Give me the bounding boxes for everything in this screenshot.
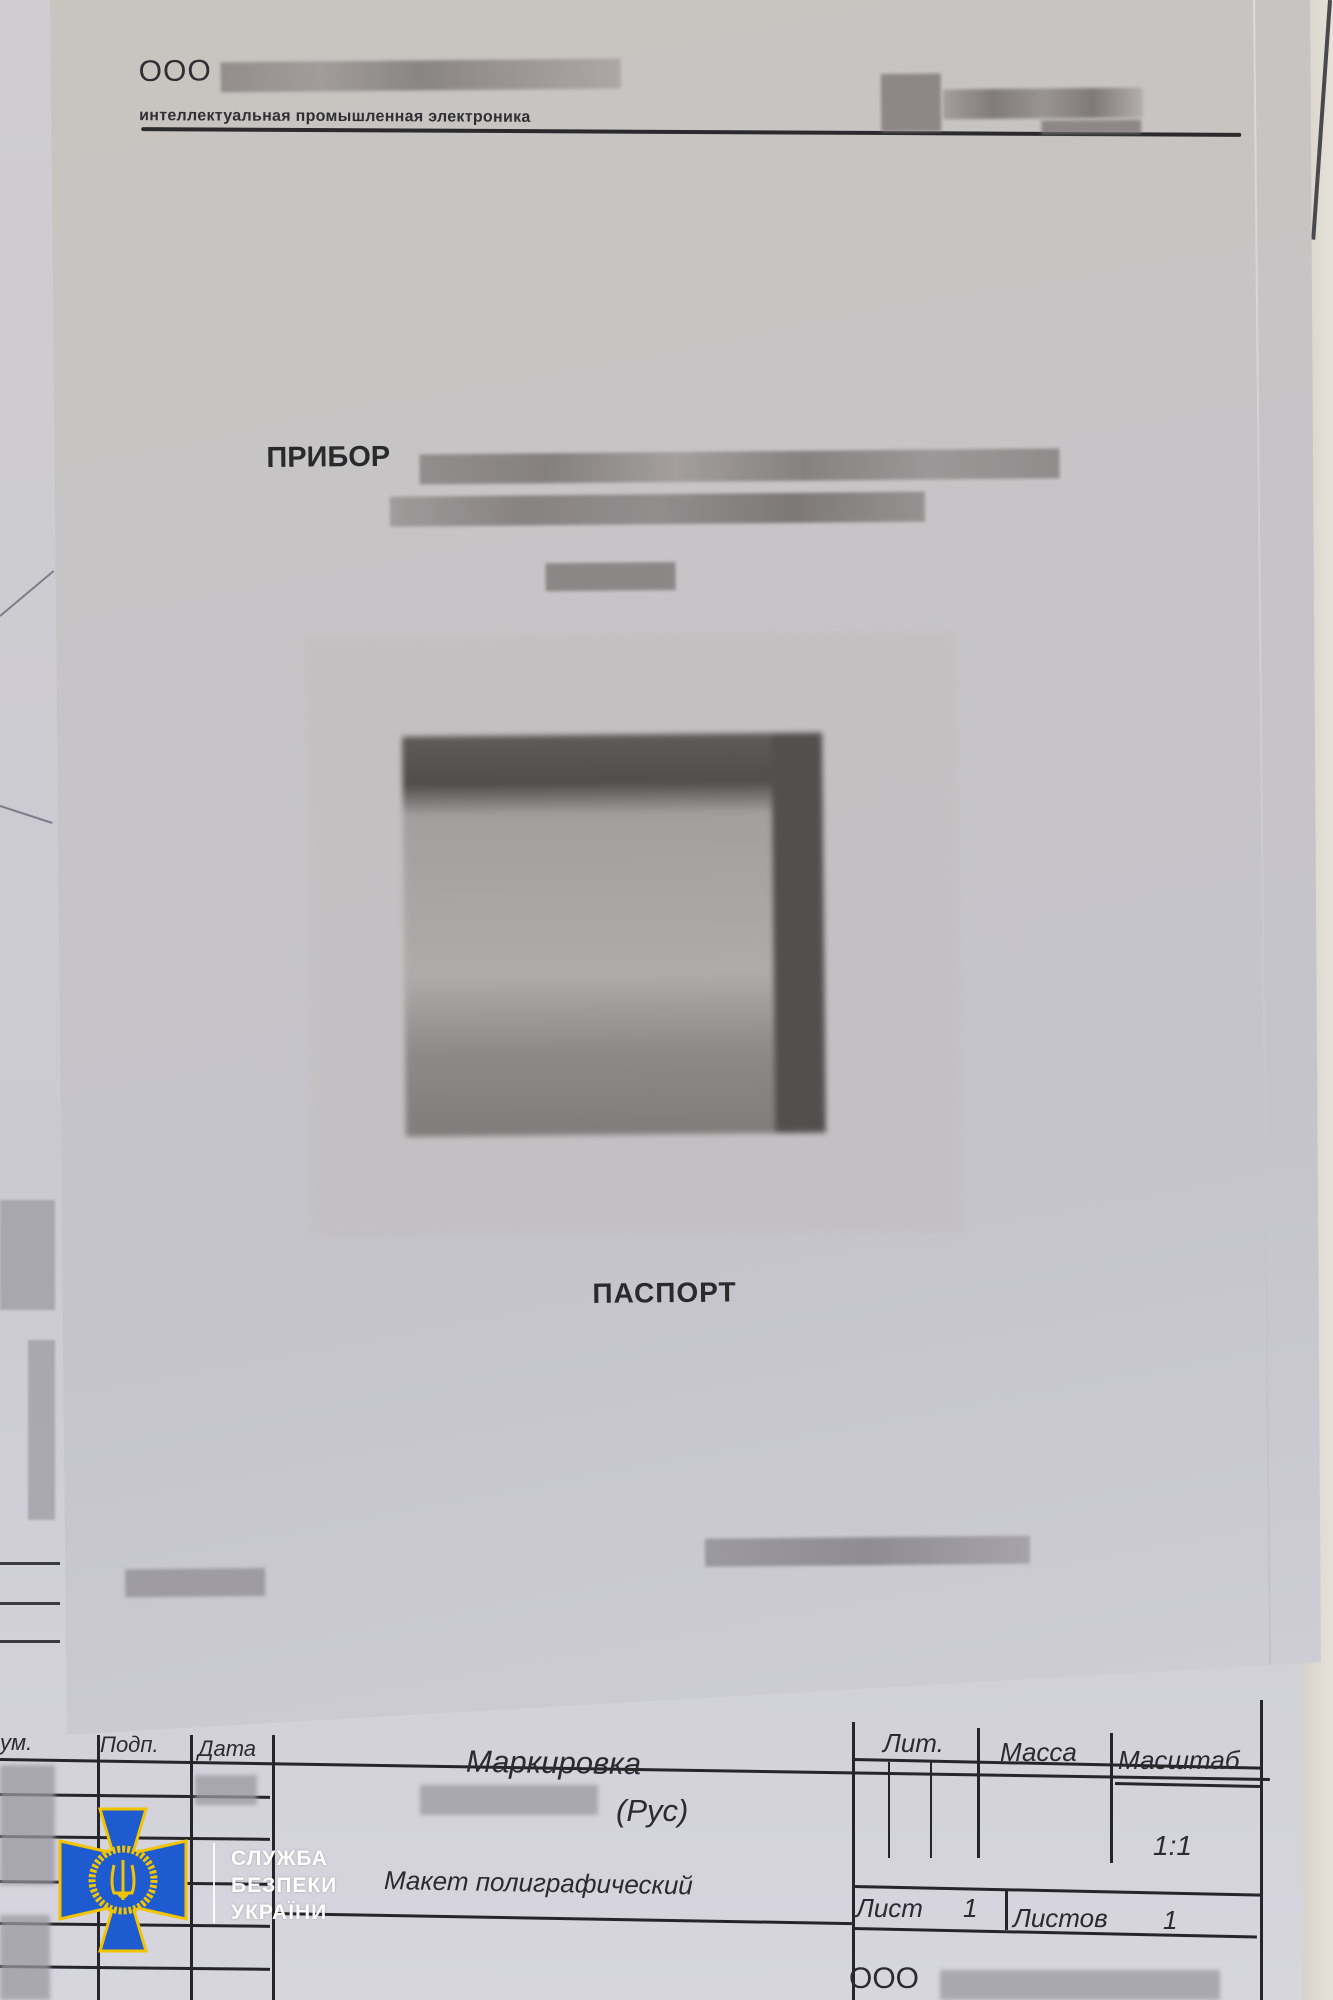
drawing-line: [0, 805, 53, 824]
redacted-company-name: [221, 59, 621, 93]
title-prefix: ПРИБОР: [266, 441, 390, 475]
title-block-line: [1005, 1890, 1008, 1930]
scale-label: Масштаб: [1118, 1745, 1239, 1776]
column-signature-label: Подп.: [100, 1732, 159, 1758]
page-edge: [1253, 0, 1271, 1678]
passport-sheet: ООО интеллектуальная промышленная электр…: [50, 0, 1327, 1735]
redacted-footer-left: [125, 1568, 265, 1597]
title-block-line: [1115, 1782, 1260, 1788]
scale-value: 1:1: [1153, 1830, 1192, 1862]
document-name: Маркировка: [466, 1744, 642, 1782]
drawing-rule: [0, 1602, 60, 1605]
title-block-line: [930, 1762, 932, 1858]
sbu-watermark: СЛУЖБА БЕЗПЕКИ УКРАЇНИ: [48, 1805, 408, 1955]
redacted-number: [0, 1915, 50, 2000]
company-logo-text: [943, 88, 1143, 120]
redacted-model: [545, 562, 675, 591]
title-block-line: [852, 1722, 855, 2000]
lit-label: Лит.: [883, 1728, 944, 1759]
document-subtitle: Макет полиграфический: [384, 1865, 693, 1901]
company-tagline: интеллектуальная промышленная электроник…: [139, 107, 531, 127]
redacted-footer-right: [705, 1536, 1030, 1567]
redacted-organization: [940, 1970, 1220, 2000]
sbu-shield-icon: [48, 1805, 198, 1955]
document-type-title: ПАСПОРТ: [592, 1276, 736, 1309]
redacted-text: [0, 1200, 55, 1310]
redacted-text: [28, 1340, 55, 1520]
sbu-line3: УКРАЇНИ: [231, 1899, 337, 1926]
device-image: [402, 733, 826, 1137]
title-block-line: [1110, 1733, 1113, 1863]
column-num-label: ум.: [0, 1730, 32, 1756]
drawing-rule: [0, 1562, 60, 1565]
redacted-number: [0, 1765, 55, 1885]
drawing-rule: [0, 1640, 60, 1643]
title-block-line: [888, 1762, 890, 1858]
sbu-line2: БЕЗПЕКИ: [231, 1872, 337, 1899]
drawing-line: [0, 570, 54, 617]
organization-prefix: ООО: [849, 1962, 919, 1996]
redacted-title-line2: [390, 492, 925, 527]
sheet-value: 1: [963, 1893, 977, 1924]
company-prefix: ООО: [139, 54, 212, 89]
sbu-line1: СЛУЖБА: [231, 1845, 337, 1872]
redacted-title-line1: [419, 448, 1059, 484]
document-name-suffix: (Рус): [616, 1793, 688, 1829]
mass-label: Масса: [1000, 1737, 1077, 1768]
sbu-divider: [213, 1843, 215, 1923]
redacted-designation: [420, 1785, 598, 1815]
sheets-label: Листов: [1013, 1903, 1108, 1934]
column-date-label: Дата: [198, 1736, 256, 1762]
title-block-line: [977, 1728, 980, 1858]
title-block-line: [1260, 1700, 1263, 2000]
sheets-value: 1: [1163, 1905, 1177, 1936]
sbu-wordmark: СЛУЖБА БЕЗПЕКИ УКРАЇНИ: [231, 1845, 337, 1926]
redacted-date: [195, 1775, 257, 1805]
company-logo-subtext: [1041, 120, 1141, 135]
company-logo: [881, 73, 942, 132]
sheet-label: Лист: [856, 1893, 923, 1924]
